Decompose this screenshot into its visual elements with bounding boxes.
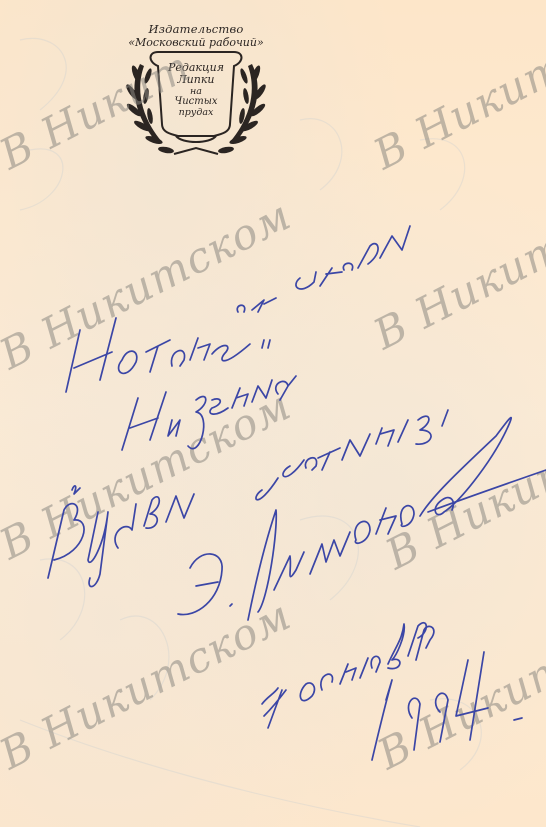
- inscription-line2-strokes: [122, 340, 296, 450]
- watermark: В Никитском: [0, 590, 299, 779]
- signature-strokes: [178, 418, 546, 620]
- book-title-page: Издательство «Московский рабочий» Редакц…: [0, 0, 546, 827]
- watermark: В Никитском: [0, 380, 299, 569]
- watermark: В Никитском: [0, 190, 299, 379]
- date-strokes: [262, 623, 522, 760]
- inscription-line1-strokes: [66, 226, 410, 392]
- inscription-line3-strokes: [48, 410, 448, 587]
- edition-line1: Редакция: [162, 62, 230, 73]
- publisher-name-line2: «Московский рабочий»: [118, 36, 274, 49]
- watermark: В Никит: [366, 221, 546, 359]
- edition-line4: Чистых: [162, 96, 230, 107]
- watermark: В Никит: [378, 441, 546, 579]
- publisher-emblem: Издательство «Московский рабочий» Редакц…: [118, 4, 274, 164]
- watermark: В Никит: [366, 41, 546, 179]
- edition-line5: прудах: [162, 107, 230, 118]
- watermark: В Никит: [370, 641, 546, 779]
- edition-line2: Липки: [162, 74, 230, 85]
- publisher-name-line1: Издательство: [118, 22, 274, 36]
